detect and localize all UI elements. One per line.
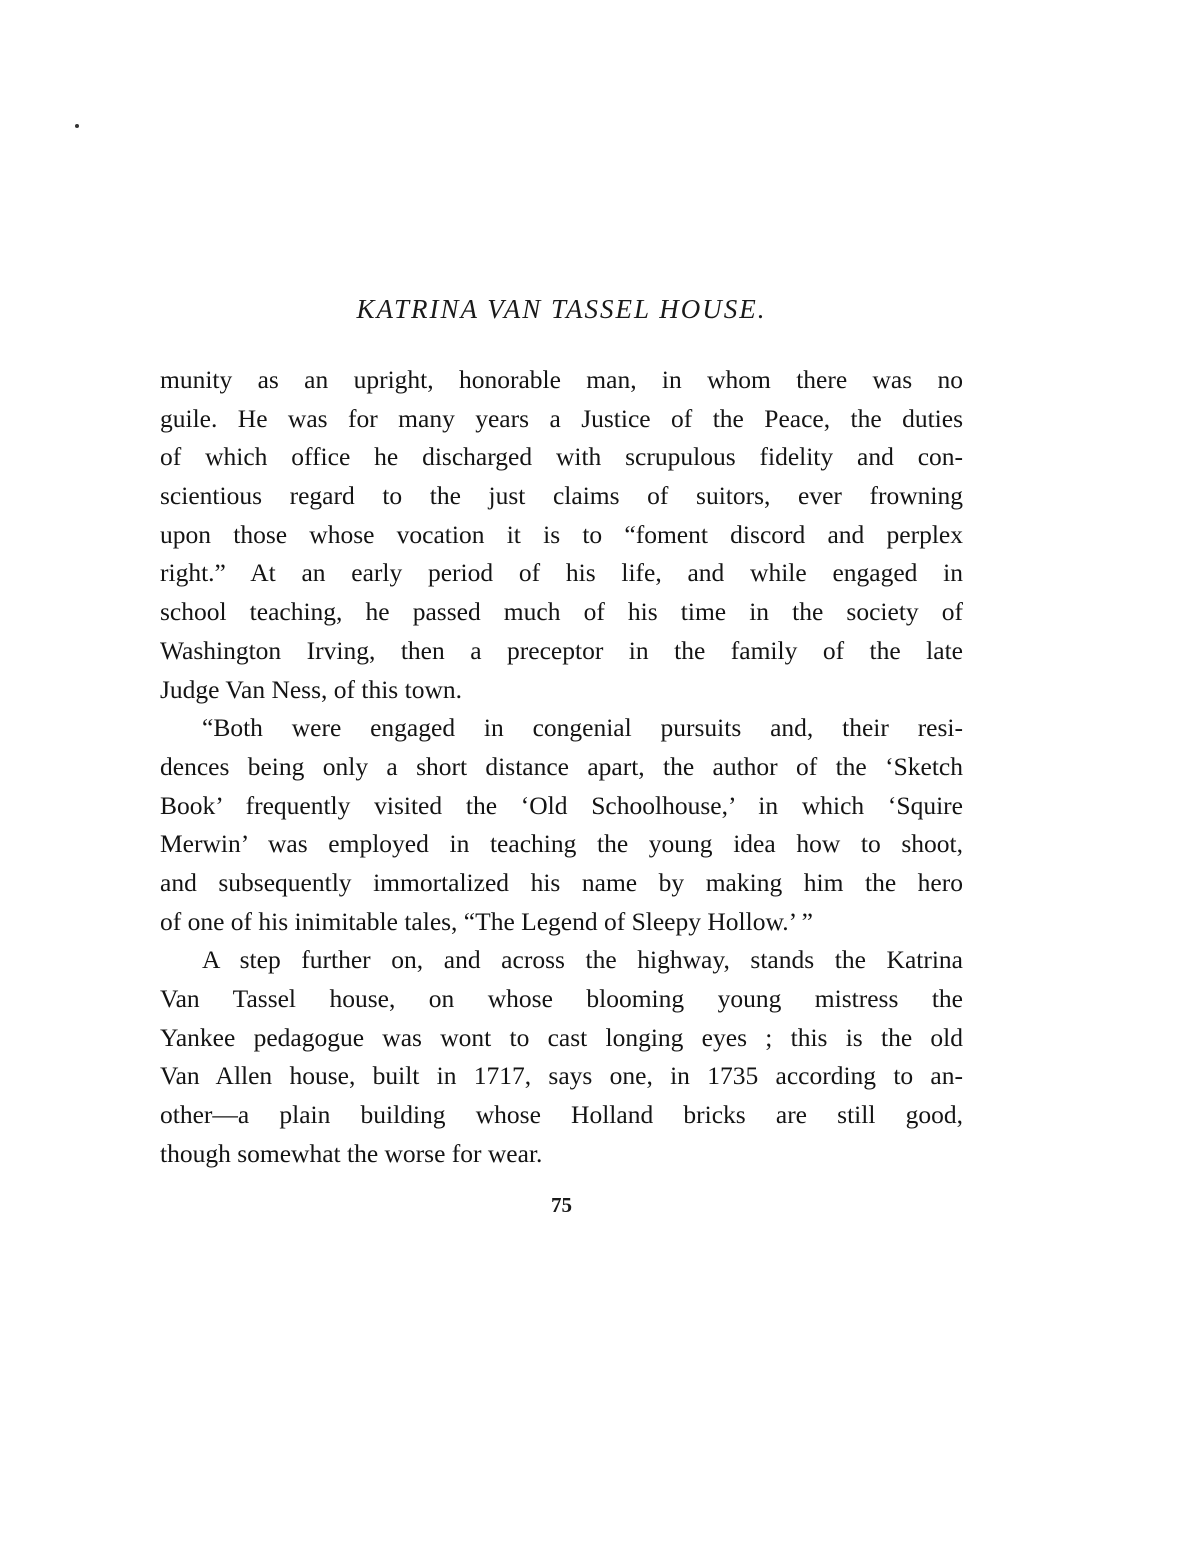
- text-line: “Both were engaged in congenial pursuits…: [160, 709, 963, 748]
- paragraph-2: “Both were engaged in congenial pursuits…: [160, 709, 963, 941]
- text-line: school teaching, he passed much of his t…: [160, 593, 963, 632]
- text-line: scientious regard to the just claims of …: [160, 477, 963, 516]
- text-line: munity as an upright, honorable man, in …: [160, 361, 963, 400]
- text-line: Judge Van Ness, of this town.: [160, 671, 963, 710]
- text-line: Van Allen house, built in 1717, says one…: [160, 1057, 963, 1096]
- text-line: A step further on, and across the highwa…: [160, 941, 963, 980]
- paragraph-1: munity as an upright, honorable man, in …: [160, 361, 963, 709]
- paragraph-3: A step further on, and across the highwa…: [160, 941, 963, 1173]
- book-page: KATRINA VAN TASSEL HOUSE. munity as an u…: [0, 0, 1200, 1568]
- text-line: Yankee pedagogue was wont to cast longin…: [160, 1019, 963, 1058]
- page-number: 75: [160, 1193, 963, 1218]
- text-line: Van Tassel house, on whose blooming youn…: [160, 980, 963, 1019]
- text-line: Washington Irving, then a preceptor in t…: [160, 632, 963, 671]
- text-line: guile. He was for many years a Justice o…: [160, 400, 963, 439]
- text-line: upon those whose vocation it is to “fome…: [160, 516, 963, 555]
- text-line: of which office he discharged with scrup…: [160, 438, 963, 477]
- text-line: though somewhat the worse for wear.: [160, 1135, 963, 1174]
- text-line: and subsequently immortalized his name b…: [160, 864, 963, 903]
- text-line: of one of his inimitable tales, “The Leg…: [160, 903, 963, 942]
- text-line: right.” At an early period of his life, …: [160, 554, 963, 593]
- running-head: KATRINA VAN TASSEL HOUSE.: [160, 294, 963, 325]
- text-line: dences being only a short distance apart…: [160, 748, 963, 787]
- text-line: other—a plain building whose Holland bri…: [160, 1096, 963, 1135]
- text-line: Merwin’ was employed in teaching the you…: [160, 825, 963, 864]
- text-line: Book’ frequently visited the ‘Old School…: [160, 787, 963, 826]
- body-text: munity as an upright, honorable man, in …: [160, 361, 963, 1173]
- scan-speck: [75, 124, 79, 128]
